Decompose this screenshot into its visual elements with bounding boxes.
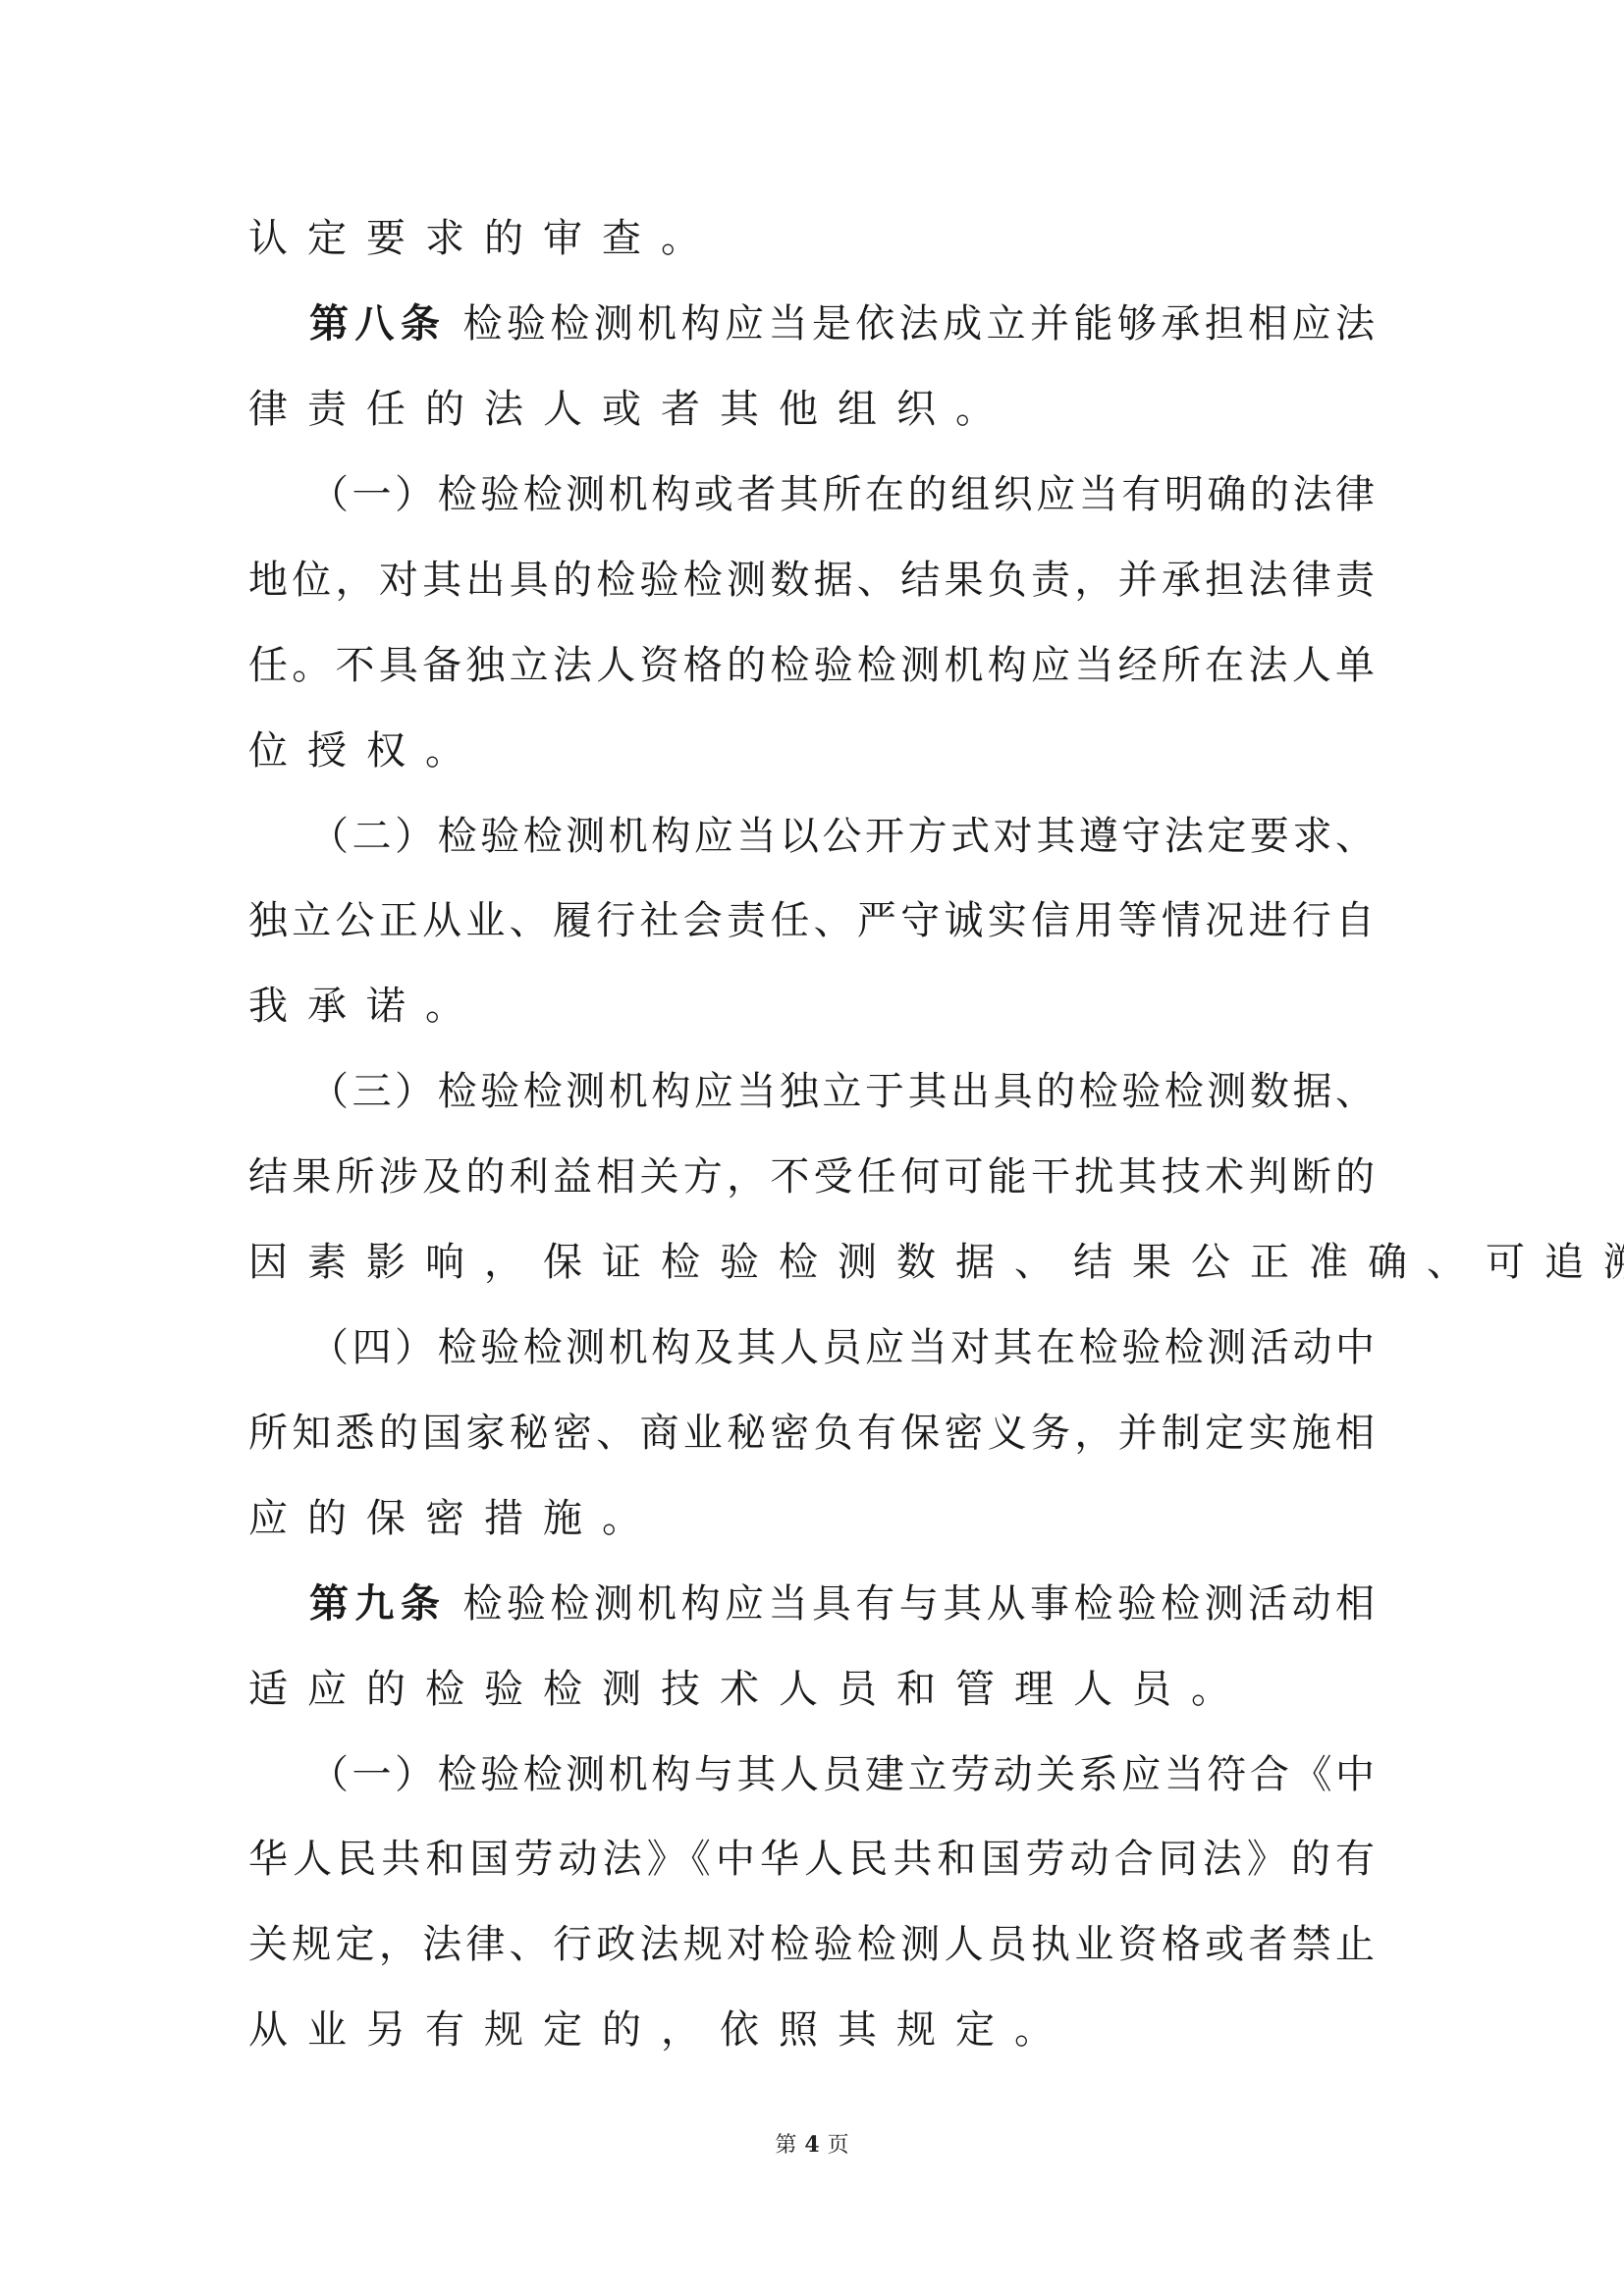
article-heading: 第九条 — [309, 1580, 446, 1627]
clause-line: （四）检验检测机构及其人员应当对其在检验检测活动中 — [309, 1324, 1375, 1371]
text-line: 独立公正从业、履行社会责任、严守诚实信用等情况进行自 — [248, 897, 1375, 944]
text-line: 应的保密措施。 — [248, 1495, 1375, 1542]
article-text: 检验检测机构应当具有与其从事检验检测活动相 — [462, 1581, 1375, 1627]
article-9-line: 第九条 检验检测机构应当具有与其从事检验检测活动相 — [309, 1580, 1375, 1628]
text-line: 我承诺。 — [248, 983, 1375, 1030]
page-number: 4 — [804, 2132, 819, 2158]
text-line: 地位，对其出具的检验检测数据、结果负责，并承担法律责 — [248, 557, 1375, 604]
text-line: 从业另有规定的，依照其规定。 — [248, 2006, 1375, 2054]
text-line: 律责任的法人或者其他组织。 — [248, 386, 1375, 433]
page-label-prefix: 第 — [775, 2133, 796, 2158]
clause-line: （二）检验检测机构应当以公开方式对其遵守法定要求、 — [309, 813, 1375, 860]
clause-line: （一）检验检测机构或者其所在的组织应当有明确的法律 — [309, 471, 1375, 518]
page-label-suffix: 页 — [828, 2133, 849, 2158]
clause-line: （一）检验检测机构与其人员建立劳动关系应当符合《中 — [309, 1751, 1375, 1798]
text-line: 关规定，法律、行政法规对检验检测人员执业资格或者禁止 — [248, 1921, 1375, 1968]
page-footer: 第4页 — [0, 2130, 1624, 2161]
text-line: 认定要求的审查。 — [248, 215, 1375, 262]
article-text: 检验检测机构应当是依法成立并能够承担相应法 — [462, 301, 1375, 347]
document-page: 认定要求的审查。 第八条 检验检测机构应当是依法成立并能够承担相应法 律责任的法… — [0, 0, 1624, 2296]
text-line: 位授权。 — [248, 727, 1375, 774]
text-line: 任。不具备独立法人资格的检验检测机构应当经所在法人单 — [248, 642, 1375, 689]
article-8-line: 第八条 检验检测机构应当是依法成立并能够承担相应法 — [309, 300, 1375, 347]
text-line: 所知悉的国家秘密、商业秘密负有保密义务，并制定实施相 — [248, 1410, 1375, 1457]
text-line: 华人民共和国劳动法》《中华人民共和国劳动合同法》的有 — [248, 1836, 1375, 1883]
text-line: 因素影响，保证检验检测数据、结果公正准确、可追溯。 — [248, 1239, 1375, 1286]
text-line: 适应的检验检测技术人员和管理人员。 — [248, 1666, 1375, 1713]
clause-line: （三）检验检测机构应当独立于其出具的检验检测数据、 — [309, 1068, 1375, 1115]
text-line: 结果所涉及的利益相关方，不受任何可能干扰其技术判断的 — [248, 1153, 1375, 1201]
article-heading: 第八条 — [309, 300, 446, 347]
